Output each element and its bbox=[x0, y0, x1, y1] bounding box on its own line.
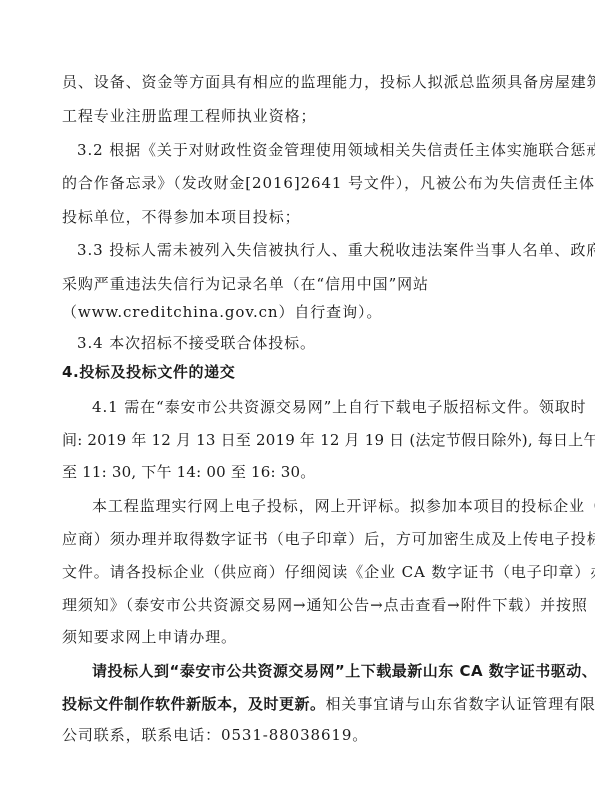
clause-3-2-line: 3.2 根据《关于对财政性资金管理使用领域相关失信责任主体实施联合惩戒 bbox=[77, 140, 544, 160]
clause-3-4-line: 3.4 本次招标不接受联合体投标。 bbox=[77, 333, 544, 353]
paragraph-line: 工程专业注册监理工程师执业资格； bbox=[62, 106, 544, 126]
clause-4-1-line: 4.1 需在“泰安市公共资源交易网”上自行下载电子版招标文件。领取时 bbox=[92, 397, 544, 417]
online-bidding-line: 本工程监理实行网上电子投标，网上开评标。拟参加本项目的投标企业（供 bbox=[92, 496, 544, 516]
online-bidding-line: 应商）须办理并取得数字证书（电子印章）后，方可加密生成及上传电子投标 bbox=[62, 529, 544, 549]
clause-3-2-line: 投标单位，不得参加本项目投标； bbox=[62, 207, 544, 227]
contact-phone-line: 公司联系，联系电话：0531-88038619。 bbox=[62, 725, 544, 745]
section-4-heading: 4.投标及投标文件的递交 bbox=[62, 362, 544, 382]
clause-4-1-line: 间: 2019 年 12 月 13 日至 2019 年 12 月 19 日 (法… bbox=[62, 430, 544, 450]
notice-bold-text: 投标文件制作软件新版本，及时更新。 bbox=[62, 695, 326, 713]
online-bidding-line: 理须知》（泰安市公共资源交易网→通知公告→点击查看→附件下载）并按照 bbox=[62, 595, 544, 615]
clause-4-1-line: 至 11: 30, 下午 14: 00 至 16: 30。 bbox=[62, 462, 544, 482]
clause-3-3-url-line: （www.creditchina.gov.cn）自行查询）。 bbox=[62, 302, 544, 322]
online-bidding-line: 文件。请各投标企业（供应商）仔细阅读《企业 CA 数字证书（电子印章）办 bbox=[62, 562, 544, 582]
clause-3-3-line: 3.3 投标人需未被列入失信被执行人、重大税收违法案件当事人名单、政府 bbox=[77, 240, 544, 260]
paragraph-line: 员、设备、资金等方面具有相应的监理能力，投标人拟派总监须具备房屋建筑 bbox=[62, 72, 544, 92]
notice-bold-line: 请投标人到“泰安市公共资源交易网”上下载最新山东 CA 数字证书驱动、 bbox=[92, 661, 544, 681]
online-bidding-line: 须知要求网上申请办理。 bbox=[62, 627, 544, 647]
clause-3-3-line: 采购严重违法失信行为记录名单（在“信用中国”网站 bbox=[62, 274, 544, 294]
notice-normal-text: 相关事宜请与山东省数字认证管理有限 bbox=[326, 695, 595, 713]
document-page: 员、设备、资金等方面具有相应的监理能力，投标人拟派总监须具备房屋建筑 工程专业注… bbox=[0, 0, 595, 809]
notice-line: 投标文件制作软件新版本，及时更新。相关事宜请与山东省数字认证管理有限 bbox=[62, 694, 544, 714]
clause-3-2-line: 的合作备忘录》（发改财金[2016]2641 号文件），凡被公布为失信责任主体的 bbox=[62, 173, 544, 193]
